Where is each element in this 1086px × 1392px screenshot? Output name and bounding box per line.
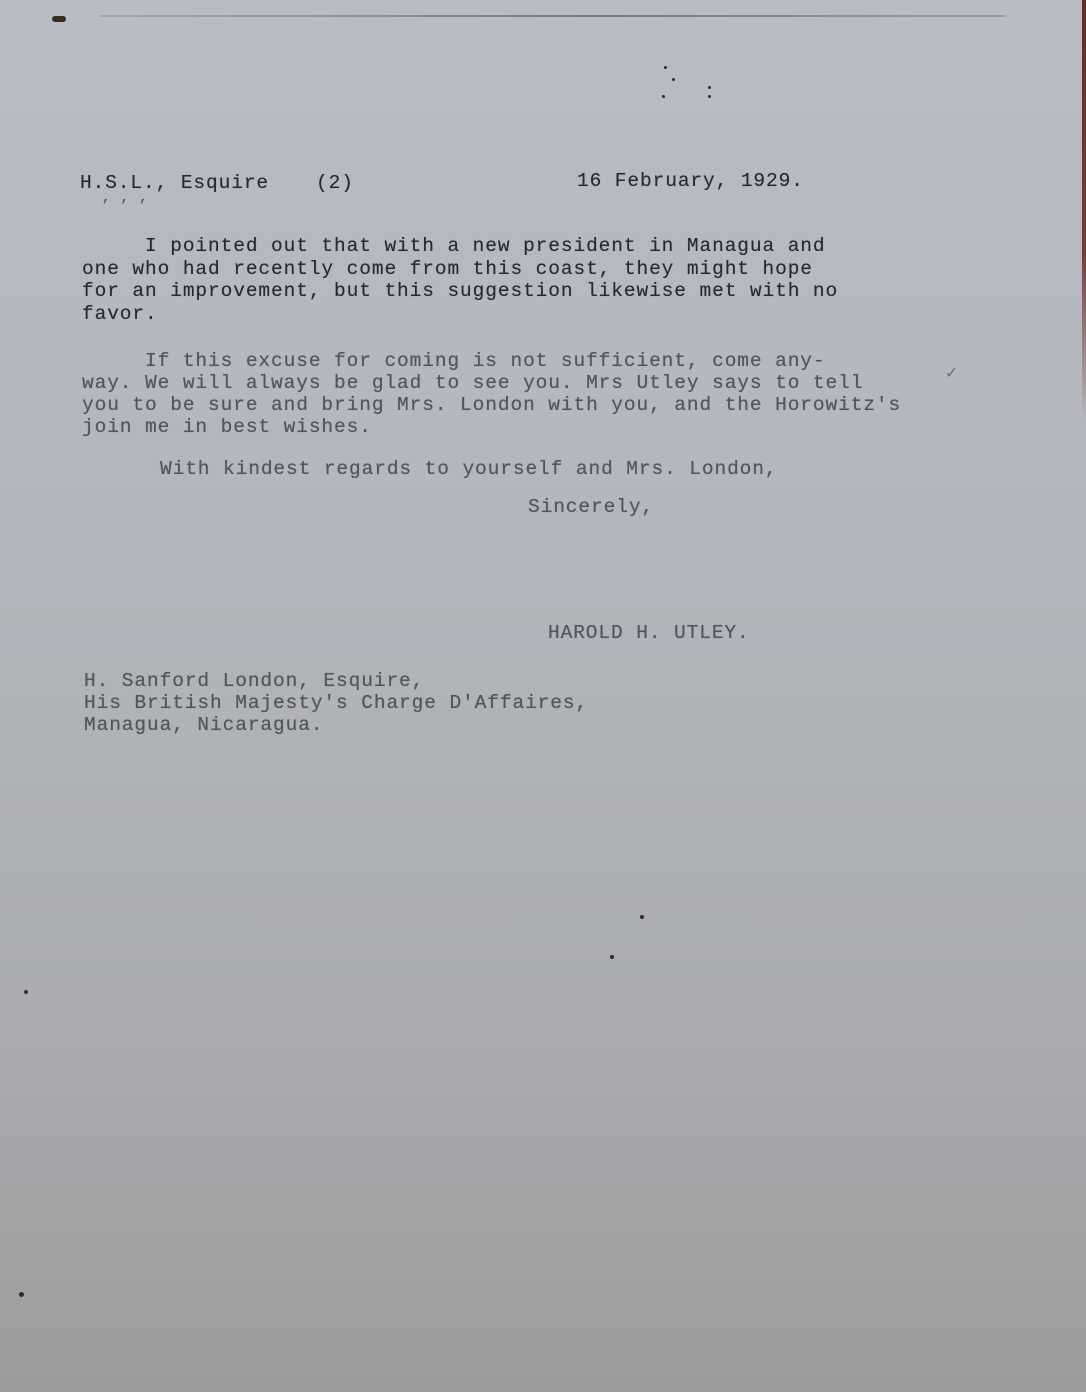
ink-speck [662, 95, 665, 98]
paragraph-2-line-3: you to be sure and bring Mrs. London wit… [82, 394, 901, 416]
recipient-line-1: H. Sanford London, Esquire, [84, 670, 424, 692]
ink-speck [708, 86, 711, 89]
ink-speck [640, 915, 644, 919]
staple-mark [52, 16, 66, 22]
margin-check-mark: ✓ [946, 362, 957, 384]
ink-speck [708, 95, 711, 98]
signature-name: HAROLD H. UTLEY. [548, 622, 750, 644]
header-tick-marks: , , , [102, 190, 149, 206]
tape-stain [0, 0, 1, 82]
paragraph-1-line-3: for an improvement, but this suggestion … [82, 280, 838, 302]
page-number: (2) [316, 172, 354, 194]
recipient-line-3: Managua, Nicaragua. [84, 714, 323, 736]
paragraph-2-line-1: If this excuse for coming is not suffici… [82, 350, 826, 372]
paragraph-2-line-4: join me in best wishes. [82, 416, 372, 438]
letter-date: 16 February, 1929. [577, 170, 804, 192]
valediction: Sincerely, [528, 496, 654, 518]
ink-speck [672, 78, 675, 81]
paragraph-1-line-4: favor. [82, 303, 158, 325]
ink-speck [610, 955, 614, 959]
top-edge-rule [100, 15, 1005, 17]
ink-speck [19, 1292, 24, 1297]
closing-line: With kindest regards to yourself and Mrs… [160, 458, 778, 480]
page-edge-shadow [1082, 0, 1086, 420]
recipient-line-2: His British Majesty's Charge D'Affaires, [84, 692, 588, 714]
paragraph-1-line-1: I pointed out that with a new president … [82, 235, 826, 257]
ink-speck [664, 66, 667, 69]
paragraph-1-line-2: one who had recently come from this coas… [82, 258, 813, 280]
paragraph-2-line-2: way. We will always be glad to see you. … [82, 372, 863, 394]
ink-speck [24, 990, 28, 994]
